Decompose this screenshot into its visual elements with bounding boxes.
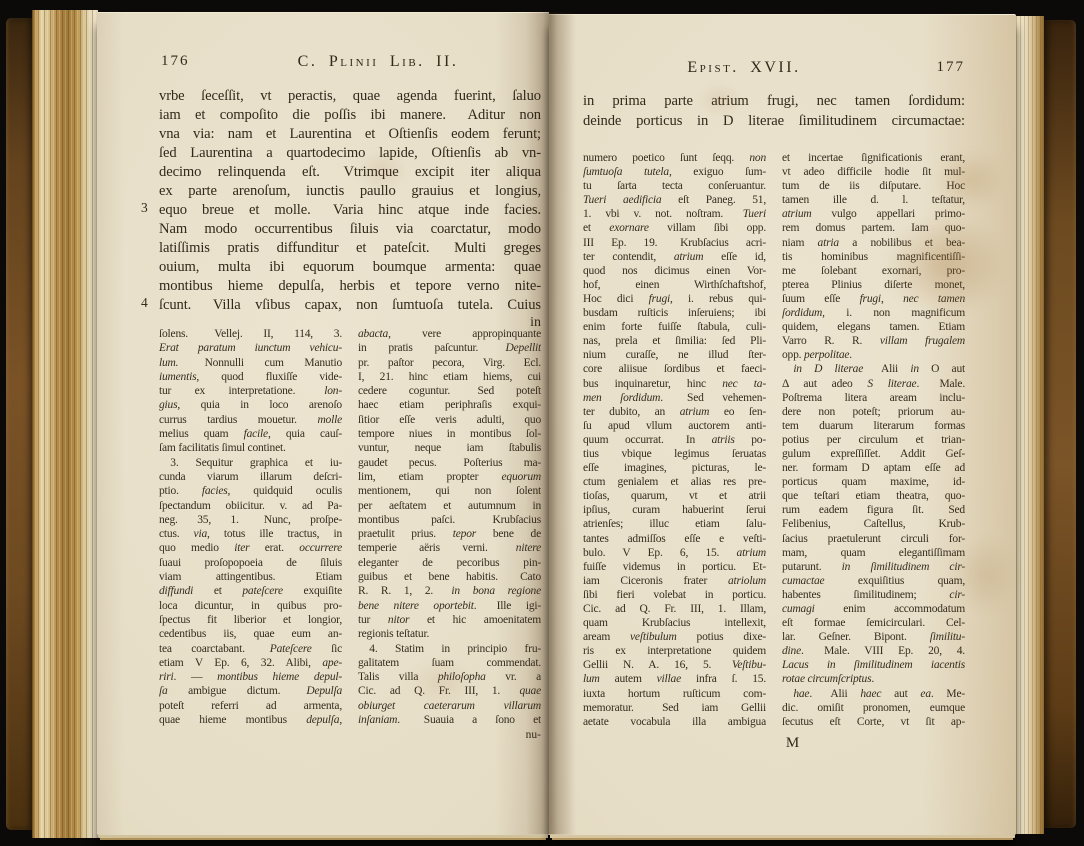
text-line: 4. Statim in principio fru- [358,642,541,656]
text-line: neg. 35, 1. Nunc, proſpe- [159,513,342,527]
text-line: ſu apud vllum auctorem anti- [583,419,766,433]
text-line: ner. formam D aptam eſſe ad [782,461,965,475]
text-line: pr. paſtor pecora, Virg. Ecl. [358,356,541,370]
text-line: Erat paratum iunctum vehicu- [159,341,342,355]
text-line: tius vbique legimus ſeruatas [583,447,766,461]
text-line: tantes admiſſos eſſe e veſti- [583,532,766,546]
text-line: nas, prela et ſimilia: ſed Pli- [583,334,766,348]
text-line: etiam V Ep. 6, 32. Alibi, ape- [159,656,342,670]
text-line: ſibi fieri volebat in porticu. [583,588,766,602]
text-line: quae hieme montibus depulſa, [159,713,342,727]
text-line: cedere coguntur. Sed poteſt [358,384,541,398]
left-page-number: 176 [161,53,190,70]
text-line: tem duarum literarum formas [782,419,965,433]
page-edges-right [1016,16,1044,834]
text-line: ſuaui proſopopoeia de ſiluis [159,556,342,570]
text-line: iam Ciceronis frater atriolum [583,574,766,588]
text-line: habentes ſimilitudinem; cir- [782,588,965,602]
text-line: quo medio iter erat. occurrere [159,541,342,555]
text-line: ctum genialem et alias res pre- [583,475,766,489]
text-line: Hoc dici frugi, i. rebus qui- [583,292,766,306]
text-line: Varro R. R. villam frugalem [782,334,965,348]
text-line: eſt formae ſemicirculari. Cel- [782,616,965,630]
text-line: lim, etiam propter equorum [358,470,541,484]
text-line: lum autem villae infra ſ. 15. [583,672,766,686]
text-line: cedentibus iis, quae eum an- [159,627,342,641]
open-book: 176 C. Plinii Lib. II. 3 4 vrbe ſeceſſit… [0,0,1084,846]
text-line: 3. Sequitur graphica et iu- [159,456,342,470]
text-line: Talis villa philoſopha vr. a [358,670,541,684]
text-line: cumagi enim accommodatum [782,602,965,616]
text-line: ſpectus fit liberior et longior, [159,613,342,627]
text-line: I, 21. hinc etiam hiems, cui [358,370,541,384]
text-line: potius per circulum et trian- [782,433,965,447]
text-line: hof, einen Wirthſchaftshof, [583,278,766,292]
text-line: ptio. facies, quidquid oculis [159,484,342,498]
text-line: ſacius praetulerunt circuli for- [782,532,965,546]
text-line: viam attingentibus. Etiam [159,570,342,584]
text-line: lar. Geſner. Bipont. ſimilitu- [782,630,965,644]
text-line: opp. perpolitae. [782,348,965,362]
text-line: ſam facilitatis ſimul continet. [159,441,342,455]
text-line: in prima parte atrium frugi, nec tamen ſ… [583,91,965,111]
text-line: guibus et bene habitis. Cato [358,570,541,584]
text-line: vna via: nam et Laurentina et Oſtienſis … [159,125,541,144]
text-line: bus inquinaretur, hinc nec ta- [583,377,766,391]
text-line: ter dubito, an atrium eo ſen- [583,405,766,419]
text-line: cunda viarum illarum deſcri- [159,470,342,484]
text-line: memoratur. Sed iam Gellii [583,701,766,715]
text-line: iam et compoſito die poſſis ibi manere. … [159,106,541,125]
text-line: R. R. 1, 2. in bona regione [358,584,541,598]
text-line: currus tardius mouetur. molle [159,413,342,427]
text-line: ſa ambigue dictum. Depulſa [159,684,342,698]
text-line: atrienſes; illuc etiam ſalu- [583,517,766,531]
text-line: tis hominibus magnificentiſſi- [782,250,965,264]
text-line: mam, quam elegantiſſimam [782,546,965,560]
commentary-column-left: ſolens. Vellej. II, 114, 3.Erat paratum … [159,327,342,727]
text-line: et exornare villam ſibi opp. [583,221,766,235]
text-line: melius quam facile, quia cauſ- [159,427,342,441]
right-running-title: Epist. XVII. [687,59,800,76]
left-page-header: 176 C. Plinii Lib. II. [159,53,541,71]
text-line: gaudet pecus. Poſterius ma- [358,456,541,470]
text-line: tur nitor et hic amoenitatem [358,613,541,627]
text-line: gius, quia in loco arenoſo [159,398,342,412]
text-line: tioſas, quarum, vt et atrii [583,489,766,503]
text-line: rem domus partem. Iam quo- [782,221,965,235]
left-page-body-text: vrbe ſeceſſit, vt peractis, quae agenda … [159,87,541,315]
text-line: loca dicuntur, in quibus pro- [159,599,342,613]
text-line: poteſt referri ad armenta, [159,699,342,713]
book-cover-left [6,18,34,830]
text-line: ouium, multa ibi equorum boumque armenta… [159,258,541,277]
commentary-column-right: et incertae ſignificationis erant,vt ade… [782,151,965,729]
text-line: iumentis, quod fluxiſſe vide- [159,370,342,384]
text-line: ſecutus eſt Corte, vt ſit ap- [782,715,965,729]
text-line: abacta, vere appropinquante [358,327,541,341]
text-line: ex parte arenoſum, iunctis paullo grauiu… [159,182,541,201]
text-line: enim forte fuiſſe ſtabula, culi- [583,320,766,334]
text-line: obiurget caeterarum villarum [358,699,541,713]
text-line: quidem, elegans tamen. Etiam [782,320,965,334]
text-line: tu ſarta tecta conſeruantur. [583,179,766,193]
text-line: quam Krubſacius intellexit, [583,616,766,630]
text-line: tamen ille d. l. teſtatur, [782,193,965,207]
text-line: mentionem, qui non ſolent [358,484,541,498]
text-line: Gellii N. A. 16, 5. Veſtibu- [583,658,766,672]
text-line: fuiſſe videmus in porticu. Et- [583,560,766,574]
text-line: ſitior eſſe veris adulti, quo [358,413,541,427]
text-line: regionis teſtatur. [358,627,541,641]
right-page-body-text: in prima parte atrium frugi, nec tamen ſ… [583,91,965,131]
text-line: rum eadem figura ſit. Sed [782,503,965,517]
text-line: equo breue et molle. Varia hinc atque in… [159,201,541,220]
text-line: Poſtrema litera aream inclu- [782,391,965,405]
text-line: busdam ruſticis inſeruiens; ibi [583,306,766,320]
text-line: iuxta hortum ruſticum com- [583,687,766,701]
text-line: men ſordidum. Sed vehemen- [583,391,766,405]
text-line: vrbe ſeceſſit, vt peractis, quae agenda … [159,87,541,106]
text-line: cumactae exquiſitius quam, [782,574,965,588]
text-line: montibus hieme depulſa, herbis et tepore… [159,277,541,296]
text-line: eſſe imagines, picturas, le- [583,461,766,475]
text-line: riri. — montibus hieme depul- [159,670,342,684]
text-line: ſuum eſſe frugi, nec tamen [782,292,965,306]
text-line: Cic. ad Q. Fr. III, 1. quae [358,684,541,698]
text-line: bulo. V Ep. 6, 15. atrium [583,546,766,560]
text-line: galitatem ſuam commendat. [358,656,541,670]
text-line: rotae circumſcriptus. [782,672,965,686]
text-line: in pratis paſcuntur. Depellit [358,341,541,355]
right-page-number: 177 [937,59,966,76]
text-line: tempore niues in montibus ſol- [358,427,541,441]
text-line: inſaniam. Suauia a ſono et [358,713,541,727]
text-line: hae. Alii haec aut ea. Me- [782,687,965,701]
text-line: Δ aut adeo S literae. Male. [782,377,965,391]
text-line: tea coarctabant. Pateſcere ſic [159,642,342,656]
text-line: Lacus in ſimilitudinem iacentis [782,658,965,672]
left-page-notes-catchword: nu- [159,729,541,741]
text-line: eleganter de pecoribus pin- [358,556,541,570]
text-line: ſpectandum obiicitur. v. ad Pa- [159,499,342,513]
text-line: Cic. ad Q. Fr. III, 1. Illam, [583,602,766,616]
text-line: decimo relinquenda eſt. Vtrimque excipit… [159,163,541,182]
text-line: 1. vbi v. not. noſtram. Tueri [583,207,766,221]
text-line: porticus quam maxime, id- [782,475,965,489]
text-line: putarunt. in ſimilitudinem cir- [782,560,965,574]
text-line: niam atria a nobilibus et bea- [782,236,965,250]
margin-section-number-4: 4 [141,295,148,311]
page-edges-left [32,10,98,838]
text-line: aetate vocabula illa ambigua [583,715,766,729]
text-line: haec etiam periphraſis exqui- [358,398,541,412]
text-line: praetulit prius. tepor bene de [358,527,541,541]
book-cover-right [1044,20,1076,828]
text-line: dic. omiſit pronomen, eumque [782,701,965,715]
text-line: ipſius, curam habuerint ſerui [583,503,766,517]
text-line: ris ex interpretatione quidem [583,644,766,658]
text-line: aream veſtibulum potius dixe- [583,630,766,644]
text-line: me ſolebant exornari, pro- [782,264,965,278]
text-line: deinde porticus in D literae ſimilitudin… [583,111,965,131]
left-page: 176 C. Plinii Lib. II. 3 4 vrbe ſeceſſit… [97,12,549,835]
text-line: temperie aëris verni. nitere [358,541,541,555]
text-line: atrium vulgo appellari primo- [782,207,965,221]
text-line: ter contendit, atrium eſſe id, [583,250,766,264]
text-line: latiſſimis pratis diffunditur et pateſci… [159,239,541,258]
commentary-column-right: abacta, vere appropinquantein pratis paſ… [358,327,541,727]
text-line: ctus. via, totus ille tractus, in [159,527,342,541]
text-line: per aeſtatem et autumnum in [358,499,541,513]
text-line: quod nos dicimus einen Vor- [583,264,766,278]
text-line: dine. Male. VIII Ep. 20, 4. [782,644,965,658]
text-line: ſolens. Vellej. II, 114, 3. [159,327,342,341]
text-line: vuntur, neque iam ſtabulis [358,441,541,455]
text-line: ſordidum, i. non magnificum [782,306,965,320]
left-page-commentary: ſolens. Vellej. II, 114, 3.Erat paratum … [159,327,541,727]
text-line: montibus paſci. Krubſacius [358,513,541,527]
text-line: nium curaſſe, ne illud ſter- [583,348,766,362]
text-line: gulum expreſſiſſet. Addit Geſ- [782,447,965,461]
left-running-title: C. Plinii Lib. II. [298,53,459,70]
text-line: vt adeo difficile hodie ſit mul- [782,165,965,179]
text-line: Felibenius, Caſtellus, Krub- [782,517,965,531]
text-line: numero poetico ſunt ſeqq. non [583,151,766,165]
text-line: et incertae ſignificationis erant, [782,151,965,165]
text-line: ſcunt. Villa vſibus capax, non ſumtuoſa … [159,296,541,315]
right-page: Epist. XVII. 177 in prima parte atrium f… [549,14,1016,835]
commentary-column-left: numero poetico ſunt ſeqq. nonſumtuoſa tu… [583,151,766,729]
text-line: III Ep. 19. Krubſacius acri- [583,236,766,250]
text-line: Nam modo occurrentibus ſiluis via coarct… [159,220,541,239]
text-line: ſumtuoſa tutela, exiguo ſum- [583,165,766,179]
text-line: Tueri aedificia eſt Paneg. 51, [583,193,766,207]
text-line: tur ex interpretatione. lon- [159,384,342,398]
margin-section-number-3: 3 [141,200,148,216]
text-line: tum de iis diſputare. Hoc [782,179,965,193]
text-line: core aliisue ſordibus et faeci- [583,362,766,376]
text-line: ſed Laurentina a quartodecimo lapide, Oſ… [159,144,541,163]
text-line: pterea Plinius diſerte monet, [782,278,965,292]
right-page-commentary: numero poetico ſunt ſeqq. nonſumtuoſa tu… [583,151,965,729]
right-page-header: Epist. XVII. 177 [583,59,965,77]
text-line: dere non poteſt; priorum au- [782,405,965,419]
text-line: lum. Nonnulli cum Manutio [159,356,342,370]
text-line: que teſtari etiam theatra, quo- [782,489,965,503]
text-line: quum occurrat. In atriis po- [583,433,766,447]
signature-mark: M [583,735,965,752]
text-line: in D literae Alii in O aut [782,362,965,376]
text-line: bene nitere oportebit. Ille igi- [358,599,541,613]
text-line: diffundi et pateſcere exquiſite [159,584,342,598]
